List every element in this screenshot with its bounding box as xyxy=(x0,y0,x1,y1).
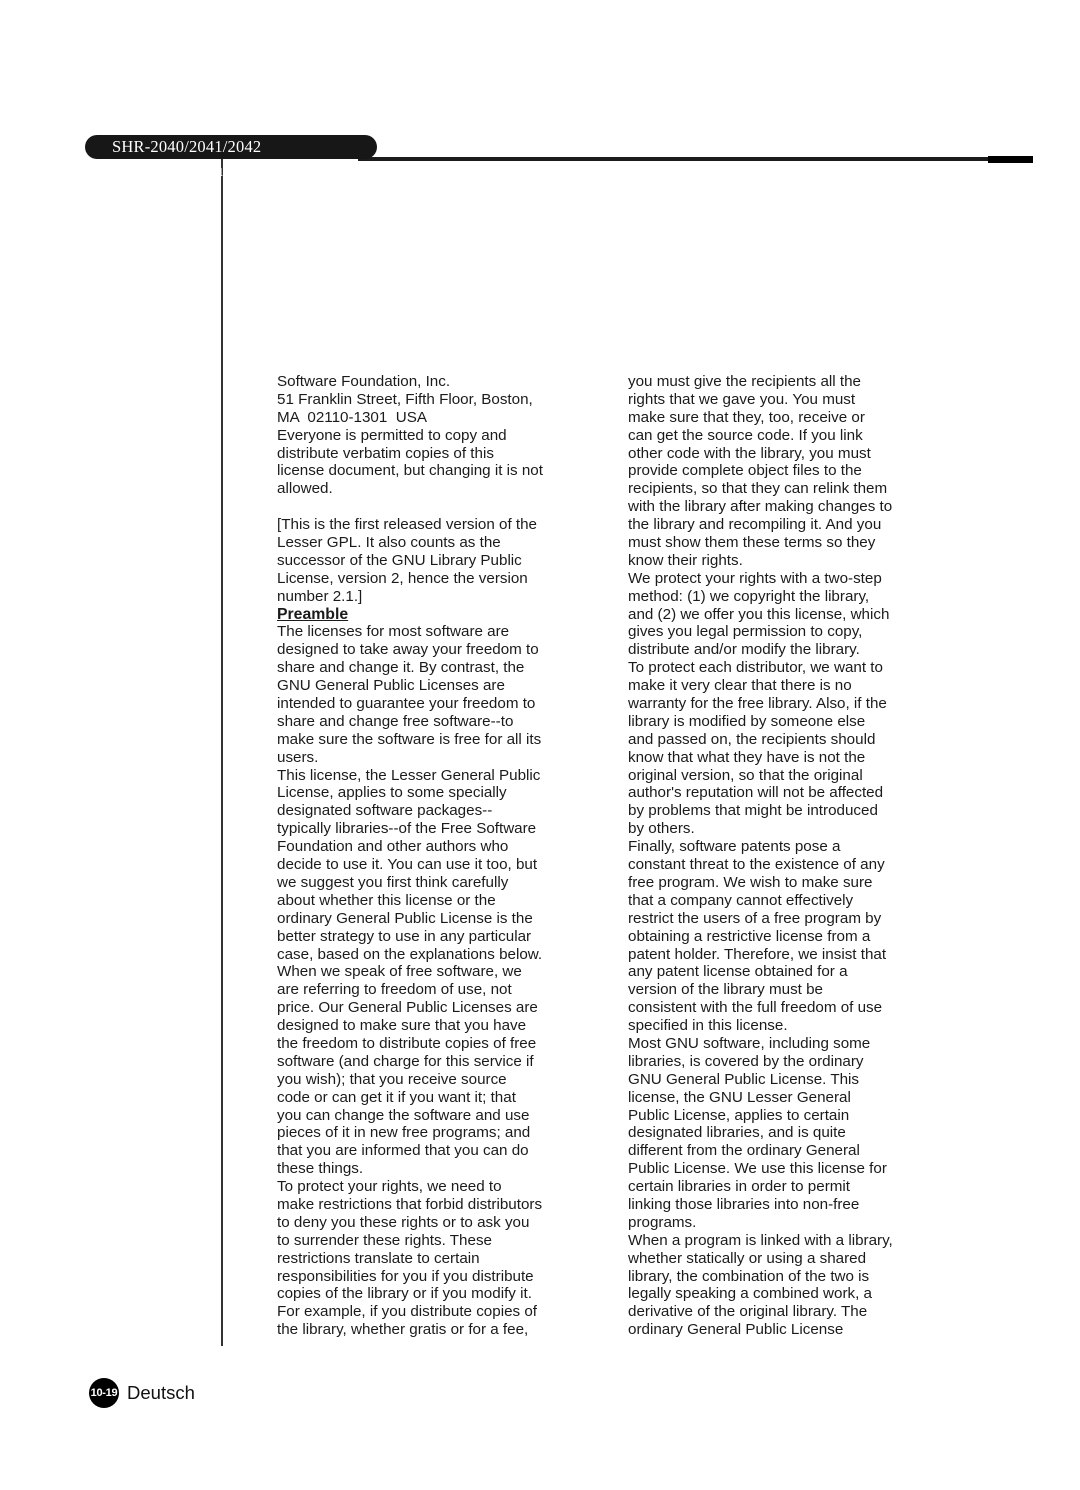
license-text-line: can get the source code. If you link xyxy=(628,427,973,445)
license-text-line: restrictions translate to certain xyxy=(277,1250,622,1268)
preamble-heading: Preamble xyxy=(277,606,622,624)
license-text-line: users. xyxy=(277,749,622,767)
license-text-line: GNU General Public Licenses are xyxy=(277,677,622,695)
license-text-line: Everyone is permitted to copy and xyxy=(277,427,622,445)
license-text-line: that a company cannot effectively xyxy=(628,892,973,910)
license-text-line: libraries, is covered by the ordinary xyxy=(628,1053,973,1071)
license-text-line: This license, the Lesser General Public xyxy=(277,767,622,785)
license-text-line: library, the combination of the two is xyxy=(628,1268,973,1286)
license-text-line: Lesser GPL. It also counts as the xyxy=(277,534,622,552)
license-text-line: ordinary General Public License is the xyxy=(277,910,622,928)
license-left-column: Software Foundation, Inc.51 Franklin Str… xyxy=(277,373,622,1339)
license-text-line: know that what they have is not the xyxy=(628,749,973,767)
license-text-line: programs. xyxy=(628,1214,973,1232)
license-text-line: [This is the first released version of t… xyxy=(277,516,622,534)
license-text-line: License, applies to some specially xyxy=(277,784,622,802)
license-text-line: the library and recompiling it. And you xyxy=(628,516,973,534)
license-text-line: and passed on, the recipients should xyxy=(628,731,973,749)
license-text-line: these things. xyxy=(277,1160,622,1178)
license-text-line: The licenses for most software are xyxy=(277,623,622,641)
license-text-line: provide complete object files to the xyxy=(628,462,973,480)
license-text-line: distribute verbatim copies of this xyxy=(277,445,622,463)
license-text-line: you must give the recipients all the xyxy=(628,373,973,391)
license-text-line: consistent with the full freedom of use xyxy=(628,999,973,1017)
license-text-line: obtaining a restrictive license from a xyxy=(628,928,973,946)
license-text-line: copies of the library or if you modify i… xyxy=(277,1285,622,1303)
license-text-line: must show them these terms so they xyxy=(628,534,973,552)
license-text-line: pieces of it in new free programs; and xyxy=(277,1124,622,1142)
license-text-line: designed to make sure that you have xyxy=(277,1017,622,1035)
license-text-line: ordinary General Public License xyxy=(628,1321,973,1339)
license-text-line: designated software packages-- xyxy=(277,802,622,820)
license-text-line: derivative of the original library. The xyxy=(628,1303,973,1321)
license-text-line: original version, so that the original xyxy=(628,767,973,785)
page-number-label: 10-19 xyxy=(91,1387,118,1399)
license-text-line: by problems that might be introduced xyxy=(628,802,973,820)
vertical-divider-rule xyxy=(221,159,223,1346)
license-text-line: Software Foundation, Inc. xyxy=(277,373,622,391)
license-text-line: share and change free software--to xyxy=(277,713,622,731)
header-model-badge-label: SHR-2040/2041/2042 Benutzerhandbuch xyxy=(112,137,261,180)
license-text-line: by others. xyxy=(628,820,973,838)
license-text-line: version of the library must be xyxy=(628,981,973,999)
license-text-line: know their rights. xyxy=(628,552,973,570)
license-text-line: Most GNU software, including some xyxy=(628,1035,973,1053)
license-text-line: method: (1) we copyright the library, xyxy=(628,588,973,606)
license-text-line: linking those libraries into non-free xyxy=(628,1196,973,1214)
license-text-line: typically libraries--of the Free Softwar… xyxy=(277,820,622,838)
license-text-line: to surrender these rights. These xyxy=(277,1232,622,1250)
license-text-line: share and change it. By contrast, the xyxy=(277,659,622,677)
license-text-line: allowed. xyxy=(277,480,622,498)
license-text-line: other code with the library, you must xyxy=(628,445,973,463)
license-text-line: designated libraries, and is quite xyxy=(628,1124,973,1142)
license-text-line: When a program is linked with a library, xyxy=(628,1232,973,1250)
license-text-line: make it very clear that there is no xyxy=(628,677,973,695)
license-text-line: recipients, so that they can relink them xyxy=(628,480,973,498)
license-text-line: case, based on the explanations below. xyxy=(277,946,622,964)
license-text-line: designed to take away your freedom to xyxy=(277,641,622,659)
license-text-line: with the library after making changes to xyxy=(628,498,973,516)
license-text-line: price. Our General Public Licenses are xyxy=(277,999,622,1017)
license-text-line: Foundation and other authors who xyxy=(277,838,622,856)
license-text-line: warranty for the free library. Also, if … xyxy=(628,695,973,713)
license-text-line: license document, but changing it is not xyxy=(277,462,622,480)
license-text-line: the library, whether gratis or for a fee… xyxy=(277,1321,622,1339)
license-text-line: To protect your rights, we need to xyxy=(277,1178,622,1196)
license-text-line: rights that we gave you. You must xyxy=(628,391,973,409)
license-text-line: Public License. We use this license for xyxy=(628,1160,973,1178)
license-text-line: License, version 2, hence the version xyxy=(277,570,622,588)
license-text-line: we suggest you first think carefully xyxy=(277,874,622,892)
license-text-line: 51 Franklin Street, Fifth Floor, Boston, xyxy=(277,391,622,409)
license-text-line: distribute and/or modify the library. xyxy=(628,641,973,659)
license-text-line: certain libraries in order to permit xyxy=(628,1178,973,1196)
license-text-line: To protect each distributor, we want to xyxy=(628,659,973,677)
license-text-line: GNU General Public License. This xyxy=(628,1071,973,1089)
license-text-line: and (2) we offer you this license, which xyxy=(628,606,973,624)
license-text-line: license, the GNU Lesser General xyxy=(628,1089,973,1107)
license-text-line: specified in this license. xyxy=(628,1017,973,1035)
header-horizontal-rule xyxy=(358,157,1033,161)
page-number-badge: 10-19 xyxy=(89,1378,119,1408)
license-text-line: better strategy to use in any particular xyxy=(277,928,622,946)
license-text-line: number 2.1.] xyxy=(277,588,622,606)
license-text-line: patent holder. Therefore, we insist that xyxy=(628,946,973,964)
license-text-line: the freedom to distribute copies of free xyxy=(277,1035,622,1053)
license-text-line: you can change the software and use xyxy=(277,1107,622,1125)
license-text-line: whether statically or using a shared xyxy=(628,1250,973,1268)
license-text-line: about whether this license or the xyxy=(277,892,622,910)
license-text-line xyxy=(277,498,622,516)
license-text-line: make restrictions that forbid distributo… xyxy=(277,1196,622,1214)
license-text-line: Public License, applies to certain xyxy=(628,1107,973,1125)
license-text-line: that you are informed that you can do xyxy=(277,1142,622,1160)
license-text-line: intended to guarantee your freedom to xyxy=(277,695,622,713)
license-text-line: different from the ordinary General xyxy=(628,1142,973,1160)
license-text-line: free program. We wish to make sure xyxy=(628,874,973,892)
license-text-line: author's reputation will not be affected xyxy=(628,784,973,802)
license-text-line: legally speaking a combined work, a xyxy=(628,1285,973,1303)
license-text-line: library is modified by someone else xyxy=(628,713,973,731)
manual-page: SHR-2040/2041/2042 Benutzerhandbuch Soft… xyxy=(0,0,1080,1490)
license-text-line: make sure that they, too, receive or xyxy=(628,409,973,427)
license-text-line: decide to use it. You can use it too, bu… xyxy=(277,856,622,874)
license-text-line: gives you legal permission to copy, xyxy=(628,623,973,641)
license-text-line: We protect your rights with a two-step xyxy=(628,570,973,588)
license-text-line: software (and charge for this service if xyxy=(277,1053,622,1071)
license-text-line: to deny you these rights or to ask you xyxy=(277,1214,622,1232)
license-text-line: code or can get it if you want it; that xyxy=(277,1089,622,1107)
license-text-line: MA 02110-1301 USA xyxy=(277,409,622,427)
license-text-line: responsibilities for you if you distribu… xyxy=(277,1268,622,1286)
license-text-line: make sure the software is free for all i… xyxy=(277,731,622,749)
license-text-line: restrict the users of a free program by xyxy=(628,910,973,928)
license-text-line: When we speak of free software, we xyxy=(277,963,622,981)
license-text-line: Finally, software patents pose a xyxy=(628,838,973,856)
license-text-line: any patent license obtained for a xyxy=(628,963,973,981)
license-text-line: constant threat to the existence of any xyxy=(628,856,973,874)
language-label: Deutsch xyxy=(127,1382,195,1404)
license-text-line: are referring to freedom of use, not xyxy=(277,981,622,999)
header-model-badge: SHR-2040/2041/2042 Benutzerhandbuch xyxy=(85,135,377,159)
header-rule-end-cap xyxy=(988,156,1033,163)
license-text-line: you wish); that you receive source xyxy=(277,1071,622,1089)
license-text-line: successor of the GNU Library Public xyxy=(277,552,622,570)
license-text-line: For example, if you distribute copies of xyxy=(277,1303,622,1321)
license-right-column: you must give the recipients all therigh… xyxy=(628,373,973,1339)
